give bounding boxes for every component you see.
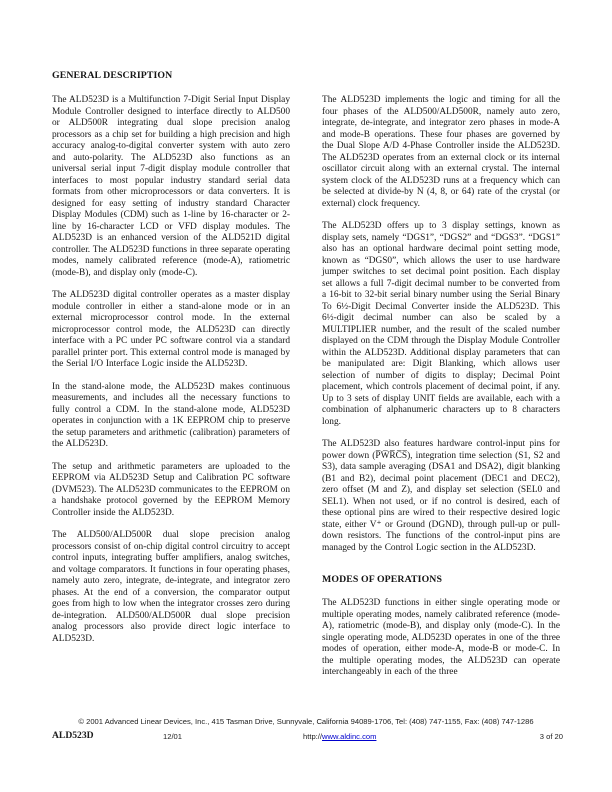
- footer-url-prefix: http://: [303, 732, 322, 741]
- paragraph: The ALD523D functions in either single o…: [322, 598, 560, 679]
- general-description-heading: GENERAL DESCRIPTION: [52, 70, 290, 82]
- paragraph: The ALD523D also features hardware contr…: [322, 439, 560, 554]
- page-footer: © 2001 Advanced Linear Devices, Inc., 41…: [0, 717, 612, 742]
- left-column: GENERAL DESCRIPTION The ALD523D is a Mul…: [52, 70, 290, 690]
- footer-url: http://www.aldinc.com: [303, 732, 376, 741]
- paragraph: The ALD523D is a Multifunction 7-Digit S…: [52, 95, 290, 279]
- left-column-paragraphs: The ALD523D is a Multifunction 7-Digit S…: [52, 95, 290, 645]
- paragraph: The setup and arithmetic parameters are …: [52, 462, 290, 520]
- footer-page-number: 3 of 20: [540, 732, 563, 741]
- right-column-paragraphs-top: The ALD523D implements the logic and tim…: [322, 95, 560, 554]
- footer-date: 12/01: [163, 732, 182, 741]
- document-body: GENERAL DESCRIPTION The ALD523D is a Mul…: [52, 70, 561, 690]
- paragraph: The ALD523D digital controller operates …: [52, 290, 290, 371]
- aldinc-link[interactable]: www.aldinc.com: [322, 732, 376, 741]
- paragraph: The ALD523D implements the logic and tim…: [322, 95, 560, 210]
- paragraph: In the stand-alone mode, the ALD523D mak…: [52, 382, 290, 451]
- copyright-line: © 2001 Advanced Linear Devices, Inc., 41…: [0, 717, 612, 726]
- paragraph: The ALD523D offers up to 3 display setti…: [322, 221, 560, 428]
- footer-doc-id: ALD523D: [52, 730, 94, 741]
- paragraph: The ALD500/ALD500R dual slope precision …: [52, 530, 290, 645]
- footer-info-line: ALD523D 12/01 http://www.aldinc.com 3 of…: [0, 729, 612, 742]
- right-column: The ALD523D implements the logic and tim…: [322, 70, 560, 690]
- modes-of-operations-heading: MODES OF OPERATIONS: [322, 574, 560, 586]
- document-page: GENERAL DESCRIPTION The ALD523D is a Mul…: [0, 0, 612, 792]
- right-column-paragraphs-bottom: The ALD523D functions in either single o…: [322, 598, 560, 679]
